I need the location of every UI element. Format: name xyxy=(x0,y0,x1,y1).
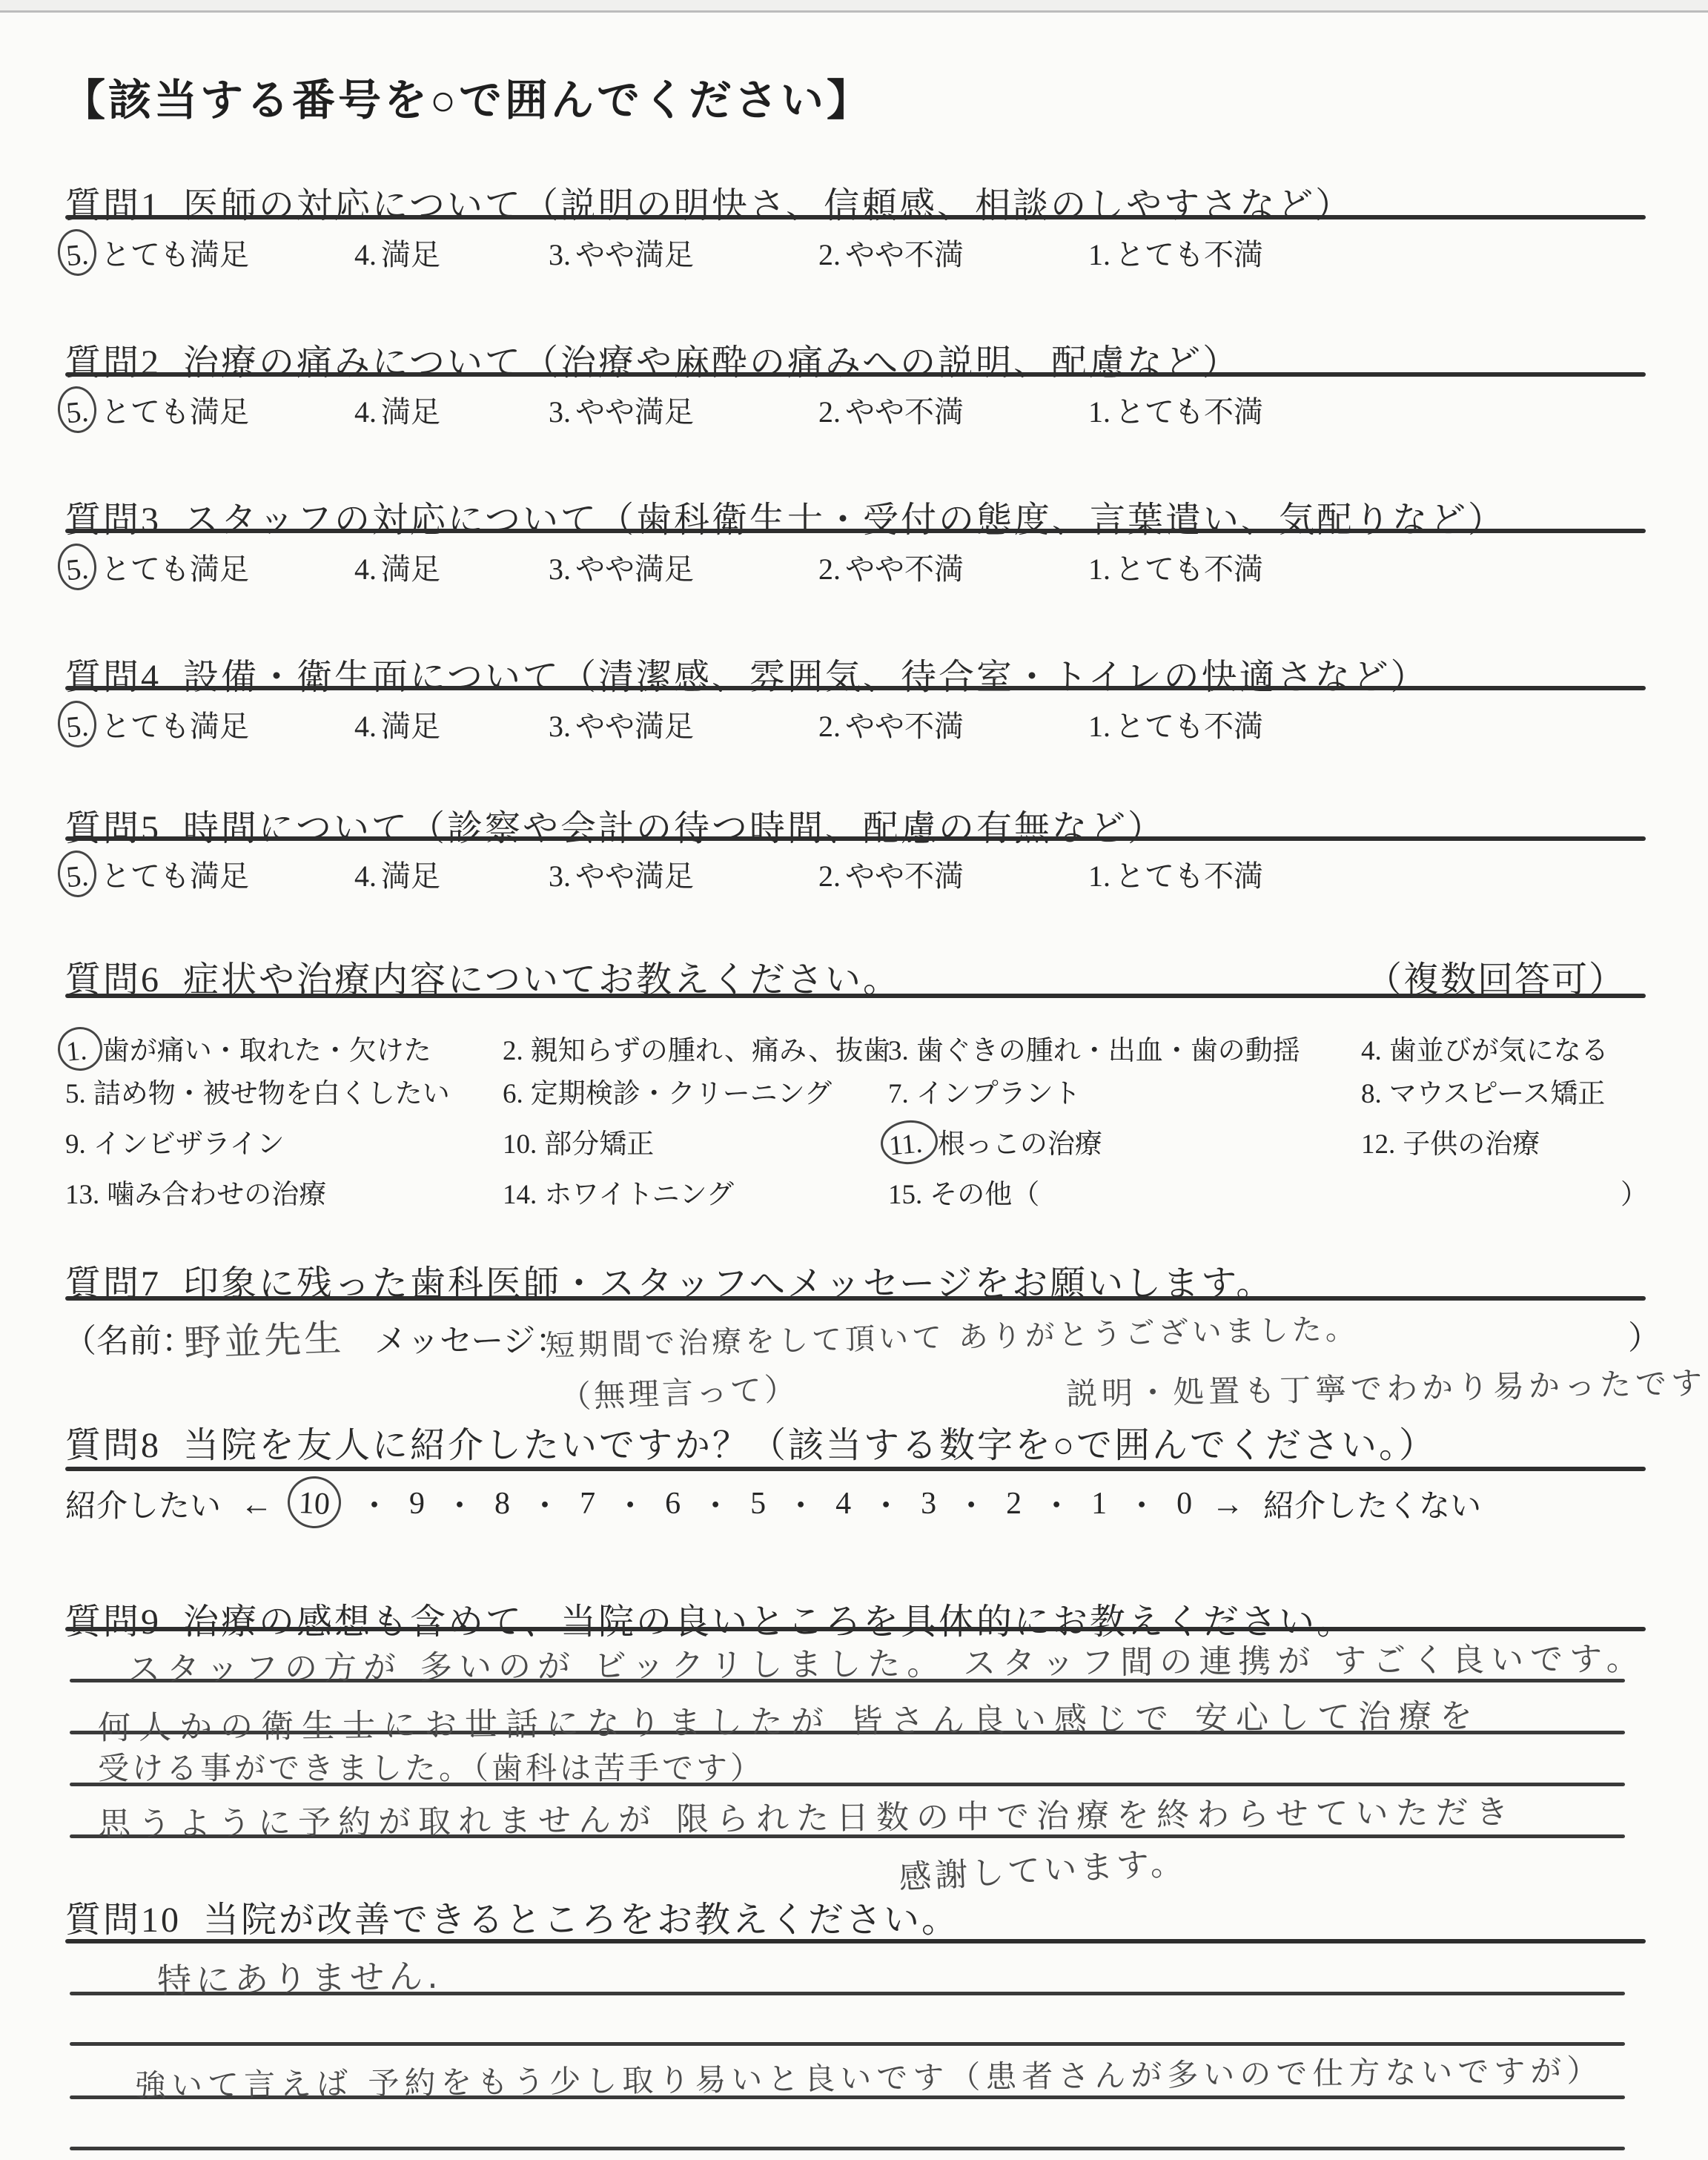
scale-right-label: 紹介したくない xyxy=(1263,1482,1481,1526)
option-label: インプラント xyxy=(916,1079,1081,1109)
option-number: 3. xyxy=(888,1036,909,1066)
rating-option: 3.やや満足 xyxy=(549,853,694,895)
option-number: 6. xyxy=(503,1079,523,1109)
option-number: 1. xyxy=(1088,395,1110,429)
option-number: 4. xyxy=(354,395,377,429)
option-label: とても満足 xyxy=(101,238,249,271)
question-5-options: 5.とても満足 4.満足 3.やや満足 2.やや不満 1.とても不満 xyxy=(65,853,1263,895)
question-8-heading: 質問8当院を友人に紹介したいですか？（該当する数字を○で囲んでください。） xyxy=(65,1416,1437,1467)
question-text: 当院を友人に紹介したいですか？（該当する数字を○で囲んでください。） xyxy=(183,1426,1437,1465)
option-label: やや不満 xyxy=(845,395,964,429)
ruled-line xyxy=(65,686,1646,690)
question-text: 設備・衛生面について（清潔感、雰囲気、待合室・トイレの快適さなど） xyxy=(183,658,1429,697)
name-field-prefix: （名前： xyxy=(64,1314,194,1361)
ruled-line xyxy=(65,529,1646,533)
rating-option: 1.とても不満 xyxy=(1088,389,1263,431)
option-label: 部分矯正 xyxy=(544,1129,654,1160)
message-field-prefix: メッセージ： xyxy=(374,1314,568,1361)
writing-line xyxy=(70,2042,1625,2046)
option-label: 満足 xyxy=(381,859,440,893)
scale-number: 0 xyxy=(1176,1486,1192,1522)
rating-option: 2.やや不満 xyxy=(818,703,964,745)
selection-circle: 10 xyxy=(286,1475,342,1530)
page-title: 【該当する番号を○で囲んでください】 xyxy=(62,65,873,128)
dot-separator: ・ xyxy=(785,1482,816,1526)
selection-circle: 5. xyxy=(56,385,98,435)
option-label: やや満足 xyxy=(575,710,694,743)
question-4-options: 5.とても満足 4.満足 3.やや満足 2.やや不満 1.とても不満 xyxy=(65,703,1263,745)
symptom-option: 4.歯並びが気になる xyxy=(1361,1028,1609,1068)
option-label: とても不満 xyxy=(1115,238,1263,271)
question-label: 質問10 xyxy=(65,1900,181,1940)
other-close-paren: ） xyxy=(1621,1172,1648,1212)
option-number: 2. xyxy=(818,710,841,743)
handwritten-name: 野並先生 xyxy=(183,1308,345,1367)
scale-number: 5 xyxy=(750,1486,766,1522)
option-number: 3. xyxy=(549,710,571,743)
option-number: 2. xyxy=(818,238,841,271)
question-label: 質問4 xyxy=(65,658,161,697)
option-label: 満足 xyxy=(381,710,440,743)
ruled-line xyxy=(65,1939,1646,1943)
question-text: 治療の痛みについて（治療や麻酔の痛みへの説明、配慮など） xyxy=(183,343,1240,383)
option-number: 5. xyxy=(64,552,90,587)
option-label: 満足 xyxy=(381,238,440,271)
option-label: とても満足 xyxy=(101,710,249,743)
rating-option: 1.とても不満 xyxy=(1088,231,1263,274)
option-number: 2. xyxy=(818,859,841,893)
symptom-option: 14.ホワイトニング xyxy=(503,1172,734,1212)
right-arrow-icon: → xyxy=(1211,1485,1244,1523)
option-number: 1. xyxy=(1088,552,1110,586)
option-label: 詰め物・被せ物を白くしたい xyxy=(93,1079,450,1109)
questionnaire-scan: 【該当する番号を○で囲んでください】 質問1医師の対応について（説明の明快さ、信… xyxy=(0,0,1708,2160)
option-label: 定期検診・クリーニング xyxy=(531,1079,832,1109)
scale-number: 10 xyxy=(298,1486,331,1522)
option-number: 5. xyxy=(64,394,90,429)
option-number: 7. xyxy=(888,1079,909,1109)
rating-option: 3.やや満足 xyxy=(549,231,694,274)
question-2-heading: 質問2治療の痛みについて（治療や麻酔の痛みへの説明、配慮など） xyxy=(65,334,1240,385)
symptom-option: 5.詰め物・被せ物を白くしたい xyxy=(65,1071,450,1111)
rating-option: 5.とても満足 xyxy=(65,546,249,588)
rating-option: 1.とても不満 xyxy=(1088,703,1263,745)
rating-option: 4.満足 xyxy=(354,853,440,895)
question-label: 質問2 xyxy=(65,343,161,383)
scale-number: 1 xyxy=(1091,1486,1107,1522)
option-number: 4. xyxy=(354,238,377,271)
question-10-heading: 質問10当院が改善できるところをお教えください。 xyxy=(65,1891,959,1942)
selection-circle: 5. xyxy=(56,849,98,899)
question-label: 質問1 xyxy=(65,186,161,225)
selection-circle: 5. xyxy=(56,228,98,277)
handwritten-comment: 特にありません. xyxy=(156,1949,443,2004)
ruled-line xyxy=(65,994,1646,998)
option-number: 5. xyxy=(65,1079,86,1109)
scale-number: 8 xyxy=(494,1486,510,1522)
nps-scale: 紹介したい ← 10 ・ 9 ・ 8 ・ 7 ・ 6 ・ 5 ・ 4 ・ 3 ・… xyxy=(65,1482,1481,1526)
option-label: 根っこの治療 xyxy=(938,1129,1102,1160)
option-number: 3. xyxy=(549,238,571,271)
option-label: 歯並びが気になる xyxy=(1389,1036,1609,1066)
option-number: 3. xyxy=(549,859,571,893)
option-label: インビザライン xyxy=(93,1129,285,1160)
option-number: 13. xyxy=(65,1180,99,1210)
scale-left-label: 紹介したい xyxy=(65,1482,221,1526)
ruled-line xyxy=(65,836,1646,841)
rating-option: 2.やや不満 xyxy=(818,389,964,431)
dot-separator: ・ xyxy=(529,1482,560,1526)
option-label: 噛み合わせの治療 xyxy=(107,1180,326,1210)
question-text: 時間について（診察や会計の待つ時間、配慮の有無など） xyxy=(183,809,1165,848)
question-1-options: 5.とても満足 4.満足 3.やや満足 2.やや不満 1.とても不満 xyxy=(65,231,1263,274)
option-label: とても不満 xyxy=(1115,710,1263,743)
scan-edge-line xyxy=(0,10,1708,13)
writing-line xyxy=(70,2147,1625,2150)
option-number: 14. xyxy=(503,1180,537,1210)
scale-number: 7 xyxy=(580,1486,595,1522)
option-label: マウスピース矯正 xyxy=(1389,1079,1606,1109)
option-label: 満足 xyxy=(381,552,440,586)
option-label: 満足 xyxy=(381,395,440,429)
dot-separator: ・ xyxy=(700,1482,731,1526)
question-text: 医師の対応について（説明の明快さ、信頼感、相談のしやすさなど） xyxy=(183,186,1353,225)
option-number: 5. xyxy=(64,709,90,744)
scale-number: 6 xyxy=(665,1486,681,1522)
option-number: 1. xyxy=(65,1035,88,1067)
question-text: 当院が改善できるところをお教えください。 xyxy=(203,1900,959,1940)
symptom-option: 8.マウスピース矯正 xyxy=(1361,1071,1605,1111)
symptom-option: 9.インビザライン xyxy=(65,1121,285,1161)
option-label: その他（ xyxy=(930,1180,1039,1210)
option-number: 5. xyxy=(64,859,90,894)
option-number: 5. xyxy=(64,237,90,272)
question-label: 質問5 xyxy=(65,809,161,848)
option-number: 2. xyxy=(503,1036,523,1066)
handwritten-message-line1: 短期間で治療をして頂いて ありがとうございました。 xyxy=(545,1306,1360,1365)
left-arrow-icon: ← xyxy=(240,1485,273,1523)
option-label: ホワイトニング xyxy=(544,1180,734,1210)
symptom-option: 2.親知らずの腫れ、痛み、抜歯 xyxy=(503,1028,890,1068)
option-label: やや満足 xyxy=(575,395,694,429)
scale-number: 2 xyxy=(1006,1486,1022,1522)
dot-separator: ・ xyxy=(359,1482,390,1526)
selection-circle: 11. xyxy=(879,1118,940,1166)
question-label: 質問3 xyxy=(65,501,161,540)
dot-separator: ・ xyxy=(615,1482,646,1526)
handwritten-message-line2: （無理言って） xyxy=(559,1364,799,1417)
rating-option: 3.やや満足 xyxy=(549,703,694,745)
symptom-option: 13.噛み合わせの治療 xyxy=(65,1172,326,1212)
rating-option: 5.とても満足 xyxy=(65,231,249,274)
selection-circle: 1. xyxy=(56,1025,105,1073)
ruled-line xyxy=(65,1467,1646,1471)
option-number: 4. xyxy=(1361,1036,1382,1066)
option-number: 4. xyxy=(354,710,377,743)
question-1-heading: 質問1医師の対応について（説明の明快さ、信頼感、相談のしやすさなど） xyxy=(65,176,1353,228)
option-number: 1. xyxy=(1088,710,1110,743)
option-label: とても不満 xyxy=(1115,859,1263,893)
rating-option: 4.満足 xyxy=(354,231,440,274)
dot-separator: ・ xyxy=(1041,1482,1072,1526)
dot-separator: ・ xyxy=(956,1482,987,1526)
option-label: やや不満 xyxy=(845,552,964,586)
option-label: とても満足 xyxy=(101,859,249,893)
option-label: 歯ぐきの腫れ・出血・歯の動揺 xyxy=(916,1036,1300,1066)
question-3-options: 5.とても満足 4.満足 3.やや満足 2.やや不満 1.とても不満 xyxy=(65,546,1263,588)
option-number: 1. xyxy=(1088,859,1110,893)
option-label: とても満足 xyxy=(101,552,249,586)
question-text: スタッフの対応について（歯科衛生士・受付の態度、言葉遣い、気配りなど） xyxy=(183,501,1506,540)
question-4-heading: 質問4設備・衛生面について（清潔感、雰囲気、待合室・トイレの快適さなど） xyxy=(65,648,1429,699)
question-3-heading: 質問3スタッフの対応について（歯科衛生士・受付の態度、言葉遣い、気配りなど） xyxy=(65,491,1506,542)
handwritten-comment: 感謝しています。 xyxy=(898,1836,1188,1898)
option-number: 3. xyxy=(549,395,571,429)
dot-separator: ・ xyxy=(444,1482,475,1526)
rating-option: 2.やや不満 xyxy=(818,231,964,274)
rating-option: 1.とても不満 xyxy=(1088,853,1263,895)
scale-number: 3 xyxy=(921,1486,936,1522)
question-label: 質問8 xyxy=(65,1426,161,1465)
symptom-option: 7.インプラント xyxy=(888,1071,1081,1111)
ruled-line xyxy=(65,1627,1646,1631)
dot-separator: ・ xyxy=(1126,1482,1157,1526)
rating-option: 3.やや満足 xyxy=(549,546,694,588)
option-number: 15. xyxy=(888,1180,922,1210)
rating-option: 4.満足 xyxy=(354,546,440,588)
handwritten-comment: 受ける事ができました。（歯科は苦手です） xyxy=(98,1744,764,1789)
option-number: 8. xyxy=(1361,1079,1382,1109)
option-number: 2. xyxy=(818,395,841,429)
option-number: 1. xyxy=(1088,238,1110,271)
option-label: やや満足 xyxy=(575,238,694,271)
question-5-heading: 質問5時間について（診察や会計の待つ時間、配慮の有無など） xyxy=(65,799,1165,851)
rating-option: 4.満足 xyxy=(354,389,440,431)
option-number: 4. xyxy=(354,552,377,586)
option-label: やや満足 xyxy=(575,859,694,893)
option-label: やや満足 xyxy=(575,552,694,586)
option-number: 11. xyxy=(888,1129,924,1162)
question-label: 質問9 xyxy=(65,1602,161,1642)
rating-option: 2.やや不満 xyxy=(818,546,964,588)
ruled-line xyxy=(65,215,1646,219)
option-label: とても不満 xyxy=(1115,552,1263,586)
scale-number: 9 xyxy=(409,1486,425,1522)
rating-option: 3.やや満足 xyxy=(549,389,694,431)
option-number: 4. xyxy=(354,859,377,893)
option-label: 歯が痛い・取れた・欠けた xyxy=(102,1036,431,1066)
symptom-option: 6.定期検診・クリーニング xyxy=(503,1071,832,1111)
symptom-option: 1.歯が痛い・取れた・欠けた xyxy=(65,1028,431,1068)
symptom-option: 12.子供の治療 xyxy=(1361,1121,1540,1161)
option-label: やや不満 xyxy=(845,859,964,893)
handwritten-message-line3: 説明・処置も丁寧でわかり易かったです xyxy=(1066,1358,1707,1414)
scan-edge xyxy=(0,0,1708,10)
option-label: やや不満 xyxy=(845,710,964,743)
ruled-line xyxy=(65,372,1646,377)
symptom-option: 10.部分矯正 xyxy=(503,1121,654,1161)
option-label: 子供の治療 xyxy=(1403,1129,1540,1160)
option-number: 9. xyxy=(65,1129,86,1160)
ruled-line xyxy=(65,1296,1646,1301)
rating-option: 4.満足 xyxy=(354,703,440,745)
scale-number: 4 xyxy=(835,1486,851,1522)
handwritten-comment: 何人かの衛生士にお世話になりましたが 皆さん良い感じで 安心して治療を xyxy=(98,1689,1480,1748)
symptom-option: 15.その他（ xyxy=(888,1172,1039,1212)
option-number: 10. xyxy=(503,1129,537,1160)
option-number: 3. xyxy=(549,552,571,586)
rating-option: 2.やや不満 xyxy=(818,853,964,895)
rating-option: 1.とても不満 xyxy=(1088,546,1263,588)
name-field-close-paren: ） xyxy=(1628,1311,1661,1358)
rating-option: 5.とても満足 xyxy=(65,853,249,895)
option-label: 親知らずの腫れ、痛み、抜歯 xyxy=(531,1036,890,1066)
option-label: とても満足 xyxy=(101,395,249,429)
option-label: とても不満 xyxy=(1115,395,1263,429)
symptom-option: 11.根っこの治療 xyxy=(888,1121,1102,1161)
rating-option: 5.とても満足 xyxy=(65,703,249,745)
symptom-option: 3.歯ぐきの腫れ・出血・歯の動揺 xyxy=(888,1028,1300,1068)
dot-separator: ・ xyxy=(870,1482,901,1526)
option-number: 12. xyxy=(1361,1129,1395,1160)
option-number: 2. xyxy=(818,552,841,586)
selection-circle: 5. xyxy=(56,699,98,749)
question-2-options: 5.とても満足 4.満足 3.やや満足 2.やや不満 1.とても不満 xyxy=(65,389,1263,431)
selection-circle: 5. xyxy=(56,542,98,592)
rating-option: 5.とても満足 xyxy=(65,389,249,431)
option-label: やや不満 xyxy=(845,238,964,271)
